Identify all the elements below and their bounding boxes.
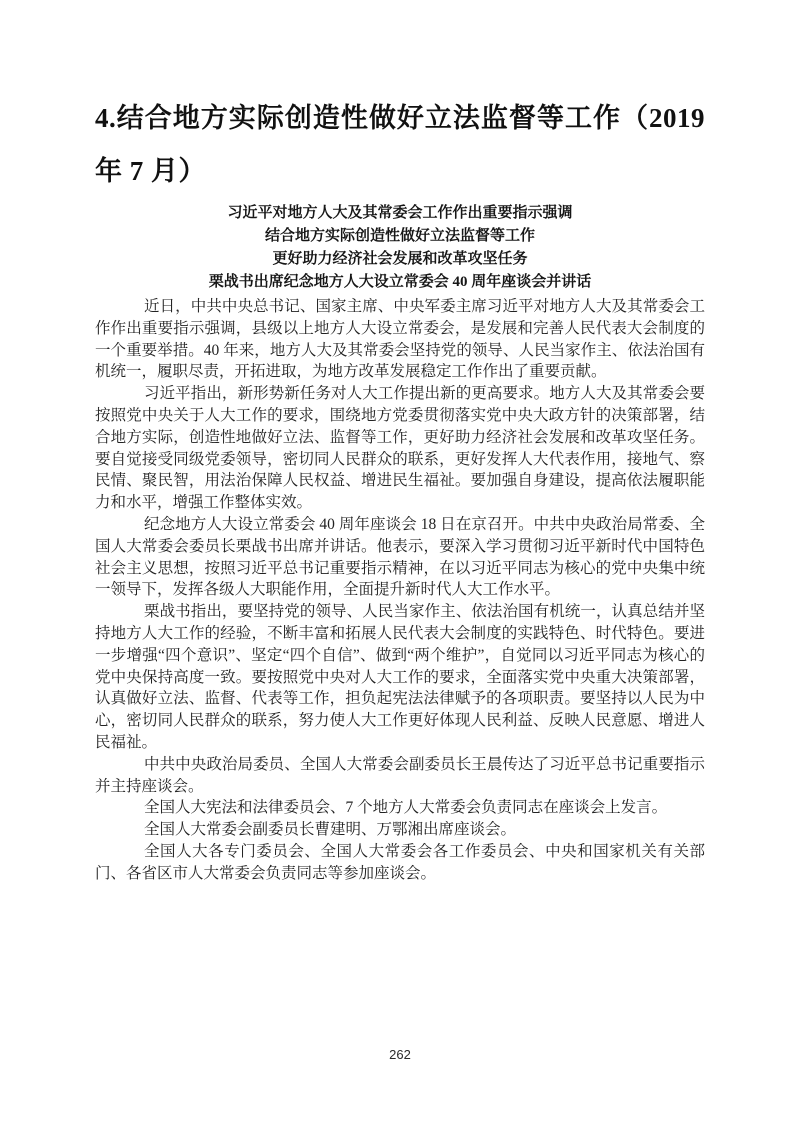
body-paragraph: 习近平指出，新形势新任务对人大工作提出新的更高要求。地方人大及其常委会要按照党中… — [95, 383, 705, 514]
body-paragraph: 全国人大宪法和法律委员会、7 个地方人大常委会负责同志在座谈会上发言。 — [95, 797, 705, 819]
subtitle-line-1: 习近平对地方人大及其常委会工作作出重要指示强调 — [95, 202, 705, 225]
body-text-block: 近日，中共中央总书记、国家主席、中央军委主席习近平对地方人大及其常委会工作作出重… — [95, 296, 705, 885]
document-title: 4.结合地方实际创造性做好立法监督等工作（2019 年 7 月） — [95, 92, 705, 198]
document-page: 4.结合地方实际创造性做好立法监督等工作（2019 年 7 月） 习近平对地方人… — [0, 0, 800, 1133]
subtitle-line-4: 栗战书出席纪念地方人大设立常委会 40 周年座谈会并讲话 — [95, 271, 705, 294]
page-content: 4.结合地方实际创造性做好立法监督等工作（2019 年 7 月） 习近平对地方人… — [95, 0, 705, 885]
body-paragraph: 中共中央政治局委员、全国人大常委会副委员长王晨传达了习近平总书记重要指示并主持座… — [95, 754, 705, 798]
subtitle-line-2: 结合地方实际创造性做好立法监督等工作 — [95, 225, 705, 248]
subtitle-block: 习近平对地方人大及其常委会工作作出重要指示强调 结合地方实际创造性做好立法监督等… — [95, 202, 705, 294]
body-paragraph: 全国人大各专门委员会、全国人大常委会各工作委员会、中央和国家机关有关部门、各省区… — [95, 841, 705, 885]
page-number: 262 — [0, 1047, 800, 1062]
subtitle-line-3: 更好助力经济社会发展和改革攻坚任务 — [95, 248, 705, 271]
body-paragraph: 栗战书指出，要坚持党的领导、人民当家作主、依法治国有机统一，认真总结并坚持地方人… — [95, 601, 705, 754]
body-paragraph: 近日，中共中央总书记、国家主席、中央军委主席习近平对地方人大及其常委会工作作出重… — [95, 296, 705, 383]
body-paragraph: 全国人大常委会副委员长曹建明、万鄂湘出席座谈会。 — [95, 819, 705, 841]
body-paragraph: 纪念地方人大设立常委会 40 周年座谈会 18 日在京召开。中共中央政治局常委、… — [95, 514, 705, 601]
